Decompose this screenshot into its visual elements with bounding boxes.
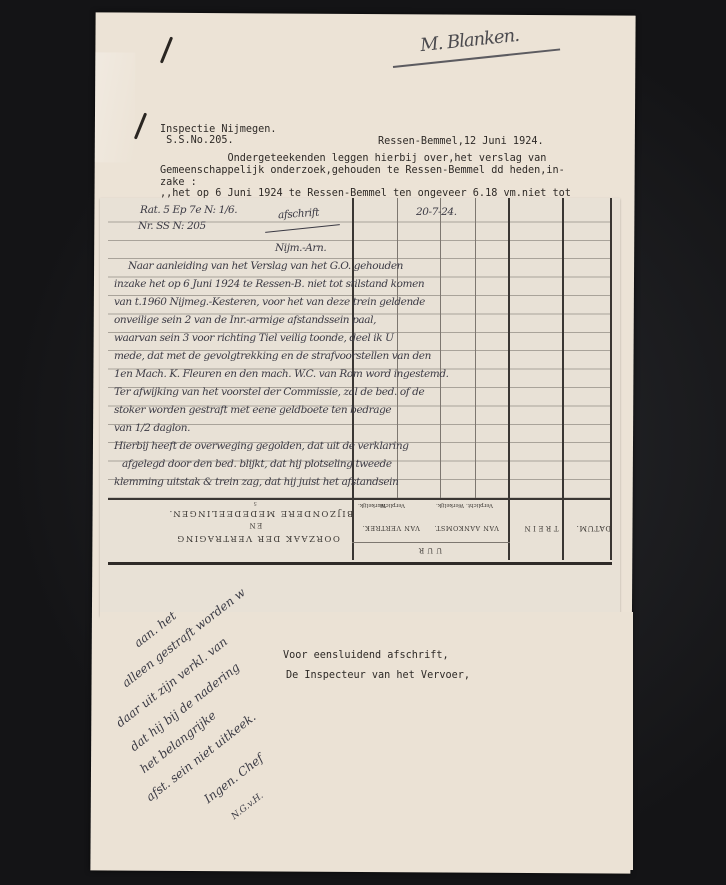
header-left-line-2: S.S.No.205.	[160, 135, 234, 147]
header-sub-verplicht: Verplicht.	[378, 502, 405, 508]
slip-date: 20-7-24.	[416, 206, 457, 218]
header-col5-number: 5	[252, 500, 257, 506]
salutation: Nijm.-Arn.	[275, 242, 326, 254]
header-place-date: Ressen-Bemmel,12 Juni 1924.	[378, 136, 544, 148]
footer-inspector-line: De Inspecteur van het Vervoer,	[286, 670, 470, 681]
header-col4: VAN VERTREK.	[362, 524, 420, 532]
handwritten-line: Naar aanleiding van het Verslag van het …	[128, 260, 403, 272]
handwritten-line: 1en Mach. K. Fleuren en den mach. W.C. v…	[114, 368, 449, 380]
intro-line-1: Ondergeteekenden leggen hierbij over,het…	[160, 153, 546, 165]
header-sub-verplicht: Verplicht.	[466, 502, 493, 508]
handwritten-line: van t.1960 Nijmeg.-Kesteren, voor het va…	[114, 296, 425, 308]
column-divider	[397, 198, 398, 498]
handwritten-line: inzake het op 6 Juni 1924 te Ressen-B. n…	[114, 278, 424, 290]
handwritten-line: van 1/2 daglon.	[114, 422, 190, 434]
handwritten-line: onveilige sein 2 van de Inr.-armige afst…	[114, 314, 376, 326]
handwritten-line: Ter afwijking van het voorstel der Commi…	[114, 386, 424, 398]
footer-copy-line: Voor eensluidend afschrift,	[283, 650, 449, 661]
column-divider	[440, 198, 441, 498]
header-col3: VAN AANKOMST.	[434, 524, 499, 532]
table-header-band: BIJZONDERE MEDEDEELINGEN. EN OORZAAK DER…	[108, 498, 612, 565]
handwritten-line: Hierbij heeft de overweging gegolden, da…	[114, 440, 409, 452]
header-sub-werkelijk: Werkelijk.	[436, 502, 464, 508]
pasted-report-slip: Rat. 5 Ep 7e N: 1/6. Nr. SS N: 205 afsch…	[100, 198, 620, 616]
header-col5-line2: EN	[248, 521, 262, 529]
handwritten-line: stoker worden gestraft met eene geldboet…	[114, 404, 391, 416]
handwritten-line: afgelegd door den bed. blijkt, dat hij p…	[122, 458, 392, 470]
header-col5-line3: BIJZONDERE MEDEDEELINGEN.	[168, 508, 353, 518]
intro-line-2: Gemeenschappelijk onderzoek,gehouden te …	[160, 165, 565, 177]
paper-fold	[95, 52, 136, 162]
header-col5-line1: OORZAAK DER VERTRAGING	[176, 533, 340, 543]
header-uur: UUR	[416, 546, 442, 554]
uur-divider	[352, 542, 510, 543]
header-col2: TREIN	[522, 524, 558, 532]
header-col1: DATUM.	[576, 524, 611, 533]
reference-line-1: Rat. 5 Ep 7e N: 1/6.	[140, 204, 237, 216]
reference-line-2: Nr. SS N: 205	[138, 220, 206, 232]
handwritten-line: klemming uitstak & trein zag, dat hij ju…	[114, 476, 398, 488]
handwritten-line: mede, dat met de gevolgtrekking en de st…	[114, 350, 431, 362]
handwritten-line: waarvan sein 3 voor richting Tiel veilig…	[114, 332, 394, 344]
column-divider	[475, 198, 476, 498]
